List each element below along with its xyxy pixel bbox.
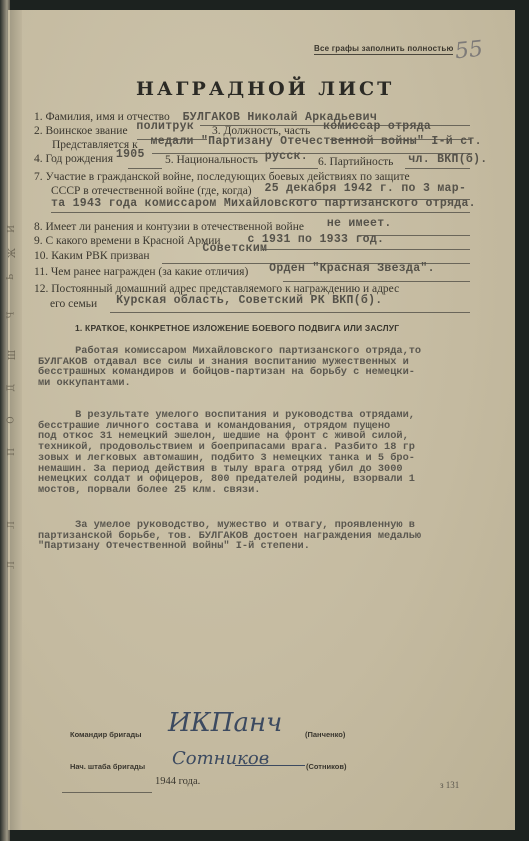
underline [262,249,470,250]
field-label: 9. С какого времени в Красной Армии [34,235,221,247]
brigade-commander-name: (Панченко) [305,730,345,739]
underline [128,168,162,169]
margin-letter: Л [7,561,17,569]
fill-all-fields-note: Все графы заполнить полностью [314,44,453,55]
margin-letter: Ж [8,248,18,258]
feat-paragraph-3: За умелое руководство, мужество и отвагу… [38,520,500,552]
section-heading: 1. КРАТКОЕ, КОНКРЕТНОЕ ИЗЛОЖЕНИЕ БОЕВОГО… [75,323,399,333]
margin-letter: Д [7,384,17,391]
handwritten-page-number: 55 [454,37,484,65]
field-value: 25 декабря 1942 г. по 3 мар- [265,182,467,195]
margin-letter: О [7,416,17,423]
margin-letter: П [7,448,17,456]
field-label: 8. Имеет ли ранения и контузии в отечест… [34,221,304,233]
field-value: комиссар отряда [323,120,431,133]
field-label: 2. Воинское звание [34,125,128,137]
underline [405,168,470,169]
field-previous-awards: 11. Чем ранее награжден (за какие отличи… [34,266,435,279]
field-nationality: 5. Национальность русск. [165,154,308,167]
field-rvk: 10. Каким РВК призван Советским [34,250,267,263]
margin-letter: Ь [6,274,16,280]
field-label: 5. Национальность [165,154,258,166]
field-label: 4. Год рождения [34,153,113,165]
brigade-commander-signature: ИКПанч [168,708,282,738]
field-value: Орден "Красная Звезда". [269,262,435,275]
underline [110,312,470,313]
field-home-address-cont: его семьи Курская область, Советский РК … [50,298,383,311]
archive-mark: з 131 [440,780,459,790]
margin-letter: Ч [6,312,16,319]
underline [51,212,470,213]
field-value: русск. [265,150,308,163]
field-label: 10. Каким РВК призван [34,250,150,262]
field-value: Курская область, Советский РК ВКП(б). [116,294,382,307]
signature-stroke [235,765,305,766]
date-underline [62,792,152,793]
field-label: 11. Чем ранее награжден (за какие отличи… [34,266,248,278]
field-value: медали "Партизану Отечественной войны" I… [151,135,482,148]
feat-paragraph-2: В результате умелого воспитания и руково… [38,410,500,496]
field-value: с 1931 по 1933 год. [247,233,384,246]
field-label: СССР в отечественной войне (где, когда) [51,185,252,197]
field-label: его семьи [50,298,97,310]
document-date: 1944 года. [155,776,200,787]
field-label: 6. Партийность [318,156,393,168]
chief-of-staff-label: Нач. штаба бригады [70,762,145,771]
underline [270,168,318,169]
field-value: чл. ВКП(б). [408,153,487,166]
field-birth-year: 4. Год рождения 1905 [34,153,145,166]
field-value: Советским [202,242,267,255]
margin-letter: Л [7,521,17,529]
field-value: не имеет. [327,217,392,230]
underline [283,281,470,282]
margin-letter: И [7,225,17,233]
document-title: НАГРАДНОЙ ЛИСТ [136,78,394,100]
brigade-commander-label: Командир бригады [70,730,142,739]
field-value: 1905 [116,148,145,161]
margin-letter: Ш [8,350,18,360]
underline [290,199,470,200]
chief-of-staff-name: (Сотников) [306,762,346,771]
feat-paragraph-1: Работая комиссаром Михайловского партиза… [38,346,500,389]
field-value: политрук [136,120,194,133]
